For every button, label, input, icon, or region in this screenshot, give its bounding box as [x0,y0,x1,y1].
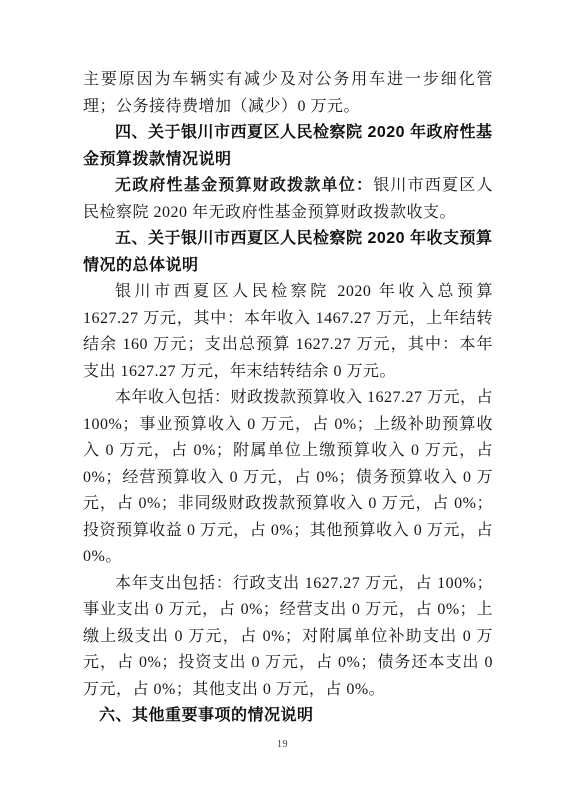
section5-total-paragraph: 银川市西夏区人民检察院 2020 年收入总预算 1627.27 万元，其中：本年… [83,279,493,385]
page-number: 19 [0,739,565,750]
section4-heading: 四、关于银川市西夏区人民检察院 2020 年政府性基金预算拨款情况说明 [83,120,493,173]
section5-income-paragraph: 本年收入包括：财政拨款预算收入 1627.27 万元，占 100%；事业预算收入… [83,385,493,571]
document-page: 主要原因为车辆实有减少及对公务用车进一步细化管理；公务接待费增加（减少）0 万元… [0,0,565,800]
section4-lead-run: 无政府性基金预算财政拨款单位： [115,177,373,194]
carryover-paragraph: 主要原因为车辆实有减少及对公务用车进一步细化管理；公务接待费增加（减少）0 万元… [83,67,493,120]
section6-heading: 六、其他重要事项的情况说明 [83,703,493,730]
section4-paragraph: 无政府性基金预算财政拨款单位：银川市西夏区人民检察院 2020 年无政府性基金预… [83,173,493,226]
section5-expense-paragraph: 本年支出包括：行政支出 1627.27 万元，占 100%；事业支出 0 万元，… [83,571,493,704]
section5-heading: 五、关于银川市西夏区人民检察院 2020 年收支预算情况的总体说明 [83,226,493,279]
